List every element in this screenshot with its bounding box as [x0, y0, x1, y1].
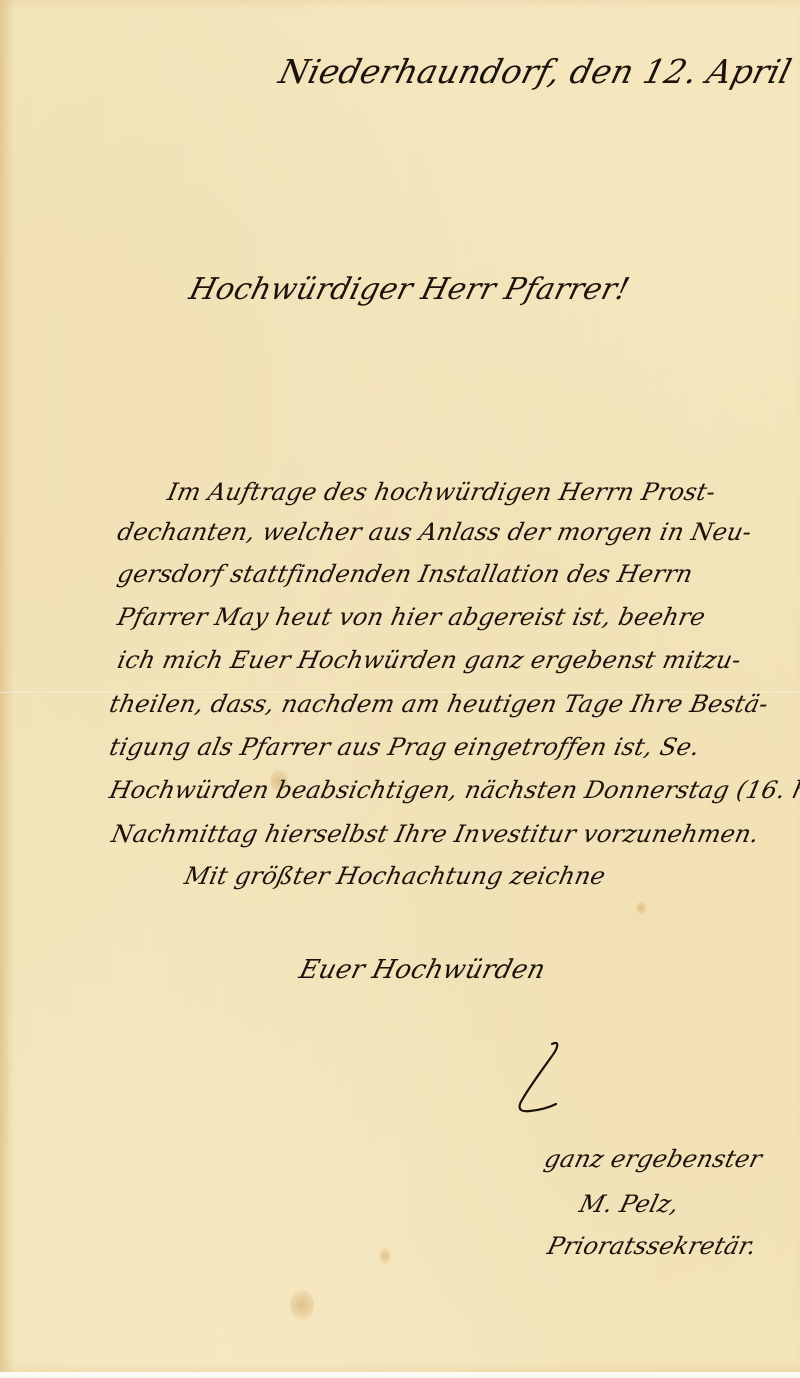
salutation: Hochwürdiger Herr Pfarrer!: [186, 272, 633, 307]
body-line: Hochwürden beabsichtigen, nächsten Donne…: [107, 776, 800, 804]
signature-name: M. Pelz,: [577, 1190, 683, 1218]
pen-flourish-icon: [508, 1040, 568, 1120]
body-line: Pfarrer May heut von hier abgereist ist,…: [115, 603, 708, 631]
paper-stain: [290, 1290, 314, 1320]
closing: Euer Hochwürden: [296, 955, 548, 985]
body-line: theilen, dass, nachdem am heutigen Tage …: [107, 690, 771, 718]
body-line: Mit größter Hochachtung zeichne: [182, 862, 608, 890]
paper-stain: [380, 1248, 390, 1264]
paper-stain: [636, 902, 646, 914]
body-line: dechanten, welcher aus Anlass der morgen…: [115, 518, 754, 546]
body-line: Im Auftrage des hochwürdigen Herrn Prost…: [165, 478, 718, 506]
body-line: tigung als Pfarrer aus Prag eingetroffen…: [107, 733, 702, 761]
place-and-date: Niederhaundorf, den 12. April 1891.: [275, 52, 800, 91]
signature-title: Prioratssekretär.: [545, 1232, 760, 1260]
body-line: Nachmittag hierselbst Ihre Investitur vo…: [109, 820, 762, 848]
body-line: ich mich Euer Hochwürden ganz ergebenst …: [115, 646, 744, 674]
body-line: gersdorf stattfindenden Installation des…: [115, 560, 695, 588]
signature-valediction: ganz ergebenster: [542, 1145, 765, 1173]
